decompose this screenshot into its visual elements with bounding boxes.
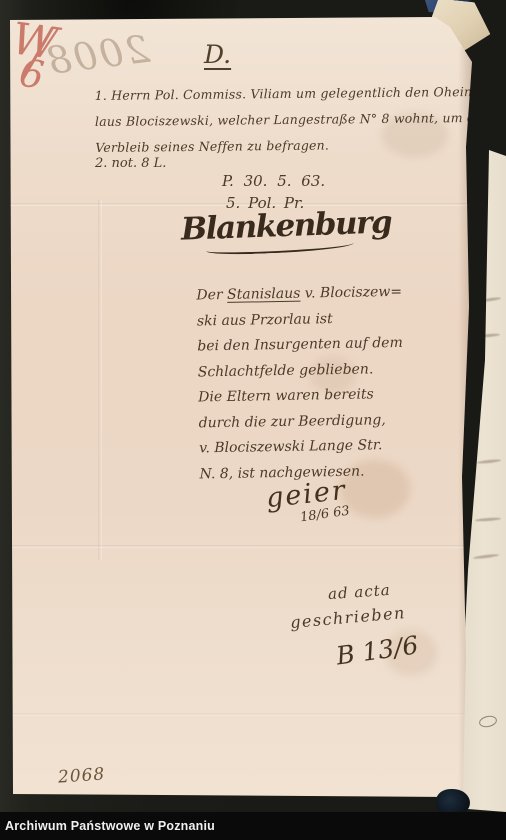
- body-line-pre: Der: [196, 287, 227, 304]
- document-heading: D.: [204, 40, 231, 69]
- pen-flourish-mark: [478, 714, 498, 729]
- archive-caption-bar: Archiwum Państwowe w Poznaniu: [0, 812, 506, 840]
- fold-crease: [10, 545, 472, 548]
- main-page: 2008 D. 1. Herrn Pol. Commiss. Viliam um…: [10, 17, 472, 797]
- date-line: P. 30. 5. 63.: [222, 172, 325, 190]
- faint-script-mark: [478, 333, 500, 338]
- geschrieben-note: geschrieben: [289, 603, 406, 632]
- faint-script-mark: [481, 297, 501, 303]
- archival-page-number: 2068: [57, 764, 106, 787]
- fold-crease: [10, 713, 472, 716]
- archival-document-scan: 2008 D. 1. Herrn Pol. Commiss. Viliam um…: [0, 0, 506, 840]
- body-paragraph: Der Stanislaus v. Blociszew= ski aus Prz…: [196, 279, 480, 488]
- ad-acta-note: ad acta: [327, 581, 391, 603]
- faint-script-mark: [475, 517, 501, 522]
- faint-script-mark: [473, 553, 499, 559]
- fold-crease: [98, 200, 102, 560]
- red-mark-number: 6: [17, 51, 47, 98]
- instruction-line: 1. Herrn Pol. Commiss. Viliam um gelegen…: [95, 79, 471, 109]
- red-pencil-mark: W 6: [5, 13, 76, 101]
- underlined-name: Stanislaus: [227, 286, 301, 303]
- archive-name-label: Archiwum Państwowe w Poznaniu: [5, 819, 215, 833]
- instruction-paragraph: 1. Herrn Pol. Commiss. Viliam um gelegen…: [95, 79, 472, 161]
- faint-script-mark: [477, 459, 501, 464]
- notation-line: 2. not. 8 L.: [95, 156, 166, 171]
- body-line-post: v. Blociszew=: [300, 284, 402, 302]
- instruction-line: laus Blociszewski, welcher Langestraße N…: [95, 105, 471, 135]
